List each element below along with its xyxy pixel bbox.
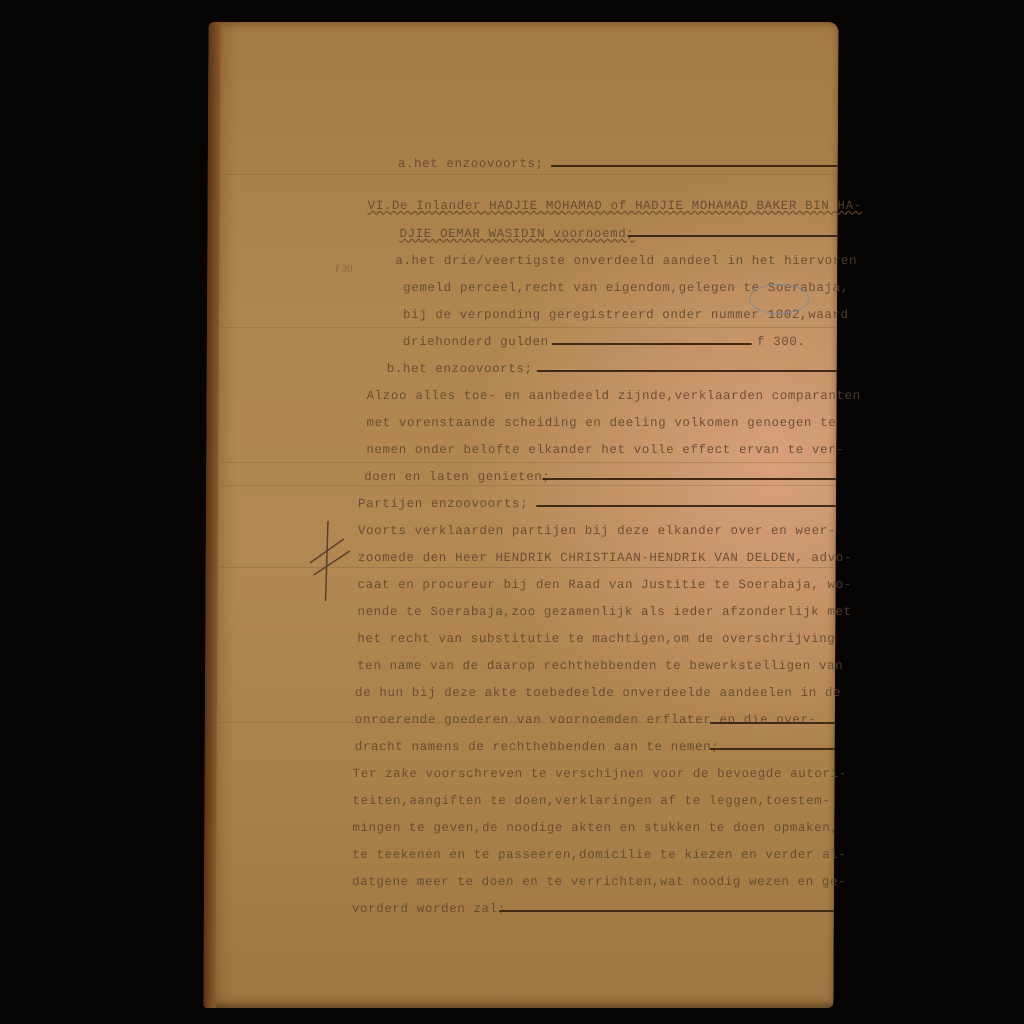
text-line: ten name van de daarop rechthebbenden te… [357,659,843,673]
fill-line [537,370,837,372]
text-line: a.het enzoovoorts; [398,157,544,171]
fill-line [710,722,835,724]
fill-line [627,235,837,237]
fill-line [499,910,834,912]
text-line: vorderd worden zal; [352,902,506,916]
text-line: mingen te geven,de noodige akten en stuk… [352,821,838,835]
text-line: a.het drie/veertigste onverdeeld aandeel… [395,254,857,268]
text-line: met vorenstaande scheiding en deeling vo… [366,416,836,430]
text-line: driehonderd gulden [403,335,549,349]
text-line: b.het enzoovoorts; [387,362,533,376]
text-line: Alzoo alles toe- en aanbedeeld zijnde,ve… [367,389,861,403]
fill-line [552,343,752,345]
text-line: Partijen enzoovoorts; [358,497,528,511]
text-line: nemen onder belofte elkander het volle e… [366,443,844,457]
margin-note: f 30 [335,263,352,275]
text-line: datgene meer te doen en te verrichten,wa… [352,875,846,889]
text-line: het recht van substitutie te machtigen,o… [357,632,835,646]
text-line: teiten,aangiften te doen,verklaringen af… [352,794,830,808]
fill-line [551,165,838,167]
text-line: de hun bij deze akte toebedeelde onverde… [355,686,841,700]
text-line: VI.De Inlander HADJIE MOHAMAD of HADJIE … [368,199,862,213]
text-line: zoomede den Heer HENDRIK CHRISTIAAN-HEND… [358,551,852,565]
amount: f 300. [757,335,806,349]
text-line: DJIE OEMAR WASIDIN voornoemd; [399,227,634,241]
fill-line [542,478,836,480]
text-line: nende te Soerabaja,zoo gezamenlijk als i… [357,605,851,619]
circled-number [749,284,809,314]
text-line: Voorts verklaarden partijen bij deze elk… [358,524,836,538]
fill-line [536,505,836,507]
text-line: onroerende goederen van voornoemden erfl… [355,713,817,727]
text-line: Ter zake voorschreven te verschijnen voo… [353,767,847,781]
fill-line [710,748,835,750]
text-line: dracht namens de rechthebbenden aan te n… [355,740,720,754]
pen-mark-icon [306,517,356,607]
document-page: f 30 a.het enzoovoorts; VI.De Inlander H… [203,22,838,1008]
text-line: caat en procureur bij den Raad van Justi… [358,578,852,592]
text-line: te teekenen en te passeeren,domicilie te… [352,848,846,862]
text-line: doen en laten genieten; [364,470,550,484]
